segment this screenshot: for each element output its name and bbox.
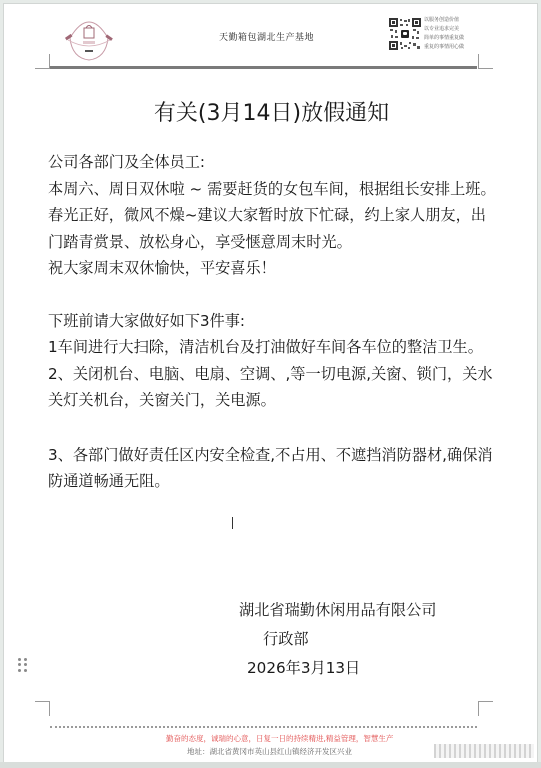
task-item: 2、关闭机台、电脑、电扇、空调、,等一切电源,关窗、锁门，关水关灯关机台，关窗关…	[48, 361, 498, 414]
margin-corner-mark	[35, 701, 50, 716]
handbag-logo-icon	[62, 12, 116, 62]
tagline-line: 重复的事情用心做	[424, 43, 464, 52]
margin-corner-mark	[478, 701, 493, 716]
footer-divider	[50, 726, 477, 728]
signature-date: 2026年3月13日	[247, 657, 360, 678]
footer-slogan: 勤奋的态度，诚瑞的心意，日复一日的持续精进,精益管理，智慧生产	[166, 733, 393, 744]
footer-address: 地址：湖北省黄冈市英山县红山镇经济开发区兴业	[187, 746, 352, 757]
paragraph: 祝大家周末双休愉快，平安喜乐！	[48, 255, 498, 282]
tagline-line: 以服务创造价值	[424, 16, 464, 25]
header-tagline: 以服务创造价值 以专业追求完美 简单的事情重复做 重复的事情用心做	[424, 16, 464, 52]
document-page: 天勤箱包湖北生产基地 以服务创造价值 以专业追求完美 简单的事情重复做 重复的事…	[3, 3, 538, 765]
margin-corner-mark	[478, 54, 493, 69]
paragraph: 春光正好，微风不燥~建议大家暂时放下忙碌，约上家人朋友，出门踏青赏景、放松身心，…	[48, 202, 498, 255]
spacer	[48, 282, 498, 308]
paragraph: 本周六、周日双休啦 ~ 需要赶货的女包车间，根据组长安排上班。	[48, 176, 498, 203]
task-item: 1车间进行大扫除，清洁机台及打油做好车间各车位的整洁卫生。	[48, 334, 498, 361]
salutation: 公司各部门及全体员工:	[48, 149, 498, 176]
watermark	[434, 744, 534, 758]
bottom-frame	[0, 762, 541, 768]
task-item: 3、各部门做好责任区内安全检查,不占用、不遮挡消防器材,确保消防通道畅通无阻。	[48, 442, 498, 495]
qr-code-icon	[389, 15, 421, 53]
signature-department: 行政部	[263, 628, 309, 649]
tasks-intro: 下班前请大家做好如下3件事:	[48, 308, 498, 335]
header-company-title: 天勤箱包湖北生产基地	[219, 30, 314, 43]
tagline-line: 简单的事情重复做	[424, 34, 464, 43]
text-cursor-icon	[232, 517, 239, 529]
notice-body[interactable]: 公司各部门及全体员工: 本周六、周日双休啦 ~ 需要赶货的女包车间，根据组长安排…	[48, 149, 498, 495]
drag-handle-icon[interactable]	[18, 658, 28, 672]
header-divider	[50, 66, 477, 69]
spacer	[48, 414, 498, 442]
notice-title: 有关(3月14日)放假通知	[4, 96, 539, 127]
signature-company: 湖北省瑞勤休闲用品有限公司	[239, 599, 436, 620]
tagline-line: 以专业追求完美	[424, 25, 464, 34]
margin-corner-mark	[35, 54, 50, 69]
